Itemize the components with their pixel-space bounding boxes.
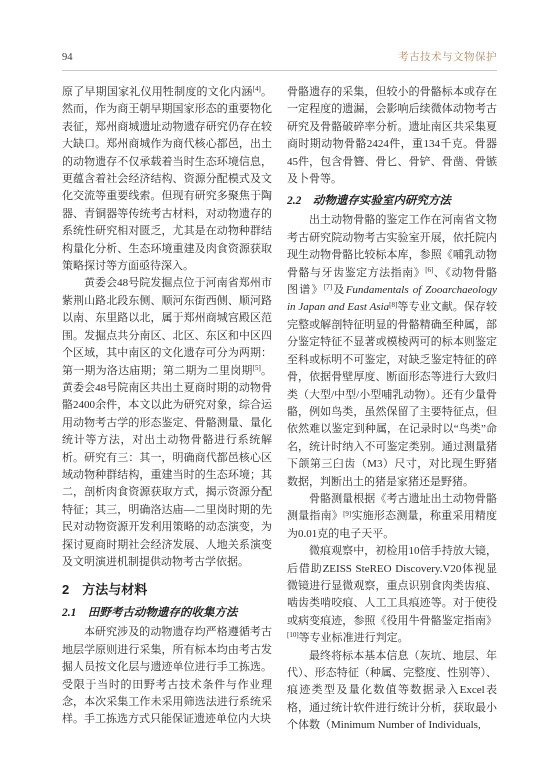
text-run: 2 方法与材料 [62,582,147,597]
page-number: 94 [62,52,73,63]
reference-marker: [8] [389,301,397,309]
reference-marker: [10] [287,631,299,639]
text-run: 2.2 动物遗存实验室内研究方法 [287,195,451,207]
paragraph: 本研究涉及的动物遗存均严格遵循考古地层学原则进行采集，所有标本均由考古发掘人员按… [62,624,272,728]
paragraph: 出土动物骨骼的鉴定工作在河南省文物考古研究院动物考古实验室开展，依托院内现生动物… [287,212,497,491]
right-column: 骨骼遗存的采集，但较小的骨骼标本或存在一定程度的遗漏，会影响后续微体动物考古研究… [287,84,497,735]
text-run: 。然而，作为商王朝早期国家形态的重要物化表征，郑州商城遗址动物遗存研究仍存在较大… [62,86,272,272]
text-run: 2.1 田野考古动物遗存的收集方法 [62,607,237,619]
text-run: 骨骼遗存的采集，但较小的骨骼标本或存在一定程度的遗漏，会影响后续微体动物考古研究… [287,86,497,185]
text-run: 本研究涉及的动物遗存均严格遵循考古地层学原则进行采集，所有标本均由考古发掘人员按… [62,626,272,725]
page-header: 94 考古技术与文物保护 [62,49,497,64]
subsection-heading: 2.1 田野考古动物遗存的收集方法 [62,605,272,621]
reference-marker: [9] [343,510,351,518]
paragraph: 骨骼测量根据《考古遗址出土动物骨骼测量指南》[9]实施形态测量，称重采用精度为0… [287,491,497,543]
left-column: 原了早期国家礼仪用牲制度的文化内涵[4]。然而，作为商王朝早期国家形态的重要物化… [62,84,272,735]
paragraph: 微痕观察中，初检用10倍手持放大镜，后借助ZEISS SteREO Discov… [287,543,497,647]
reference-marker: [6] [425,266,433,274]
subsection-heading: 2.2 动物遗存实验室内研究方法 [287,193,497,209]
paragraph: 黄委会48号院发掘点位于河南省郑州市紫荆山路北段东侧、顺河东街西侧、顺河路以南、… [62,275,272,571]
text-run: 最终将标本基本信息（灰坑、地层、年代）、形态特征（种属、完整度、性别等）、痕迹类… [287,650,497,732]
journal-title: 考古技术与文物保护 [398,49,497,64]
paragraph: 最终将标本基本信息（灰坑、地层、年代）、形态特征（种属、完整度、性别等）、痕迹类… [287,648,497,735]
text-run: 微痕观察中，初检用10倍手持放大镜，后借助ZEISS SteREO Discov… [287,545,497,627]
text-run: 黄委会48号院发掘点位于河南省郑州市紫荆山路北段东侧、顺河东街西侧、顺河路以南、… [62,277,272,376]
reference-marker: [7] [324,283,332,291]
text-run: 等专业标准进行判定。 [299,632,409,644]
paragraph: 骨骼遗存的采集，但较小的骨骼标本或存在一定程度的遗漏，会影响后续微体动物考古研究… [287,84,497,188]
header-rule [62,70,497,71]
reference-marker: [5] [253,364,261,372]
text-run: 等专业文献。保存较完整或解剖特征明显的骨骼精确至种属，部分鉴定特征不显著或模棱两… [287,301,497,487]
text-run: 。黄委会48号院南区共出土夏商时期的动物骨骼2400余件，本文以此为研究对象，综… [62,365,272,568]
text-run: 及 [332,284,346,296]
reference-marker: [4] [253,85,261,93]
text-run: 原了早期国家礼仪用牲制度的文化内涵 [62,86,253,98]
paper-page: 94 考古技术与文物保护 原了早期国家礼仪用牲制度的文化内涵[4]。然而，作为商… [0,0,550,772]
paragraph: 原了早期国家礼仪用牲制度的文化内涵[4]。然而，作为商王朝早期国家形态的重要物化… [62,84,272,275]
section-heading: 2 方法与材料 [62,582,272,598]
page-content: 原了早期国家礼仪用牲制度的文化内涵[4]。然而，作为商王朝早期国家形态的重要物化… [62,84,497,735]
